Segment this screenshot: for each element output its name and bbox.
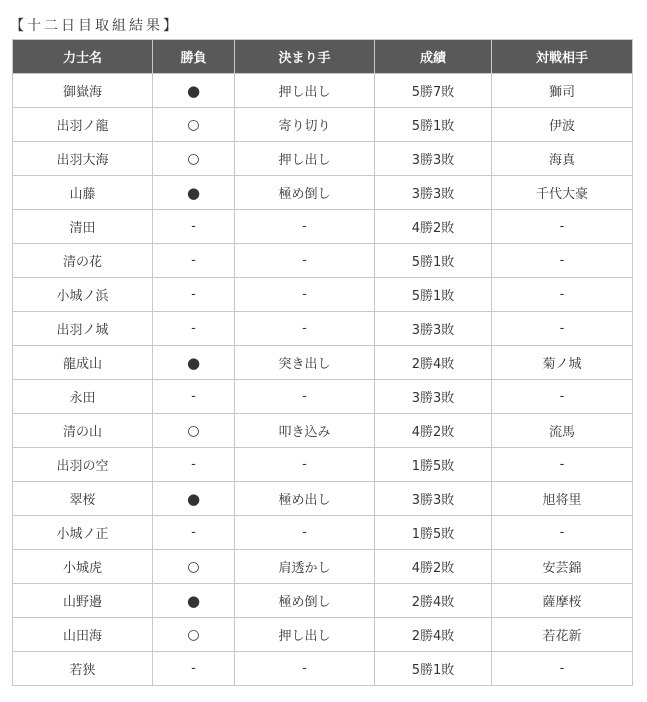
opponent-cell: 伊波 (492, 108, 633, 142)
table-row: 山野邉●極め倒し2勝4敗薩摩桜 (13, 584, 633, 618)
wrestler-name-cell: 清の花 (13, 244, 153, 278)
kimarite-cell: - (235, 380, 375, 414)
table-row: 清の山○叩き込み4勝2敗流馬 (13, 414, 633, 448)
record-cell: 2勝4敗 (375, 618, 492, 652)
wrestler-name-cell: 龍成山 (13, 346, 153, 380)
table-row: 小城虎○肩透かし4勝2敗安芸錦 (13, 550, 633, 584)
record-cell: 4勝2敗 (375, 550, 492, 584)
kimarite-cell: 叩き込み (235, 414, 375, 448)
kimarite-cell: 寄り切り (235, 108, 375, 142)
kimarite-cell: 押し出し (235, 618, 375, 652)
record-cell: 5勝1敗 (375, 652, 492, 686)
opponent-cell: 流馬 (492, 414, 633, 448)
wrestler-name-cell: 山田海 (13, 618, 153, 652)
opponent-cell: 薩摩桜 (492, 584, 633, 618)
result-cell: - (153, 652, 235, 686)
kimarite-cell: - (235, 652, 375, 686)
result-cell: - (153, 380, 235, 414)
record-cell: 4勝2敗 (375, 414, 492, 448)
win-mark-icon: ○ (153, 414, 235, 448)
loss-mark-icon: ● (153, 584, 235, 618)
record-cell: 3勝3敗 (375, 142, 492, 176)
record-cell: 2勝4敗 (375, 584, 492, 618)
win-mark-icon: ○ (153, 550, 235, 584)
opponent-cell: 千代大豪 (492, 176, 633, 210)
table-row: 山藤●極め倒し3勝3敗千代大豪 (13, 176, 633, 210)
record-cell: 1勝5敗 (375, 516, 492, 550)
table-row: 翠桜●極め出し3勝3敗旭将里 (13, 482, 633, 516)
wrestler-name-cell: 出羽ノ城 (13, 312, 153, 346)
result-cell: - (153, 516, 235, 550)
table-row: 御嶽海●押し出し5勝7敗獅司 (13, 74, 633, 108)
opponent-cell: - (492, 652, 633, 686)
wrestler-name-cell: 清田 (13, 210, 153, 244)
wrestler-name-cell: 永田 (13, 380, 153, 414)
record-cell: 3勝3敗 (375, 380, 492, 414)
kimarite-cell: 押し出し (235, 142, 375, 176)
opponent-cell: - (492, 278, 633, 312)
header-row: 力士名 勝負 決まり手 成績 対戦相手 (13, 40, 633, 74)
kimarite-cell: 極め出し (235, 482, 375, 516)
wrestler-name-cell: 山藤 (13, 176, 153, 210)
wrestler-name-cell: 小城ノ浜 (13, 278, 153, 312)
wrestler-name-cell: 小城虎 (13, 550, 153, 584)
win-mark-icon: ○ (153, 618, 235, 652)
record-cell: 5勝1敗 (375, 244, 492, 278)
column-header-name: 力士名 (13, 40, 153, 74)
results-table: 力士名 勝負 決まり手 成績 対戦相手 御嶽海●押し出し5勝7敗獅司出羽ノ龍○寄… (12, 39, 633, 686)
loss-mark-icon: ● (153, 482, 235, 516)
wrestler-name-cell: 小城ノ正 (13, 516, 153, 550)
column-header-kimarite: 決まり手 (235, 40, 375, 74)
result-cell: - (153, 244, 235, 278)
table-row: 小城ノ浜--5勝1敗- (13, 278, 633, 312)
opponent-cell: 安芸錦 (492, 550, 633, 584)
column-header-opponent: 対戦相手 (492, 40, 633, 74)
kimarite-cell: - (235, 244, 375, 278)
result-cell: - (153, 278, 235, 312)
table-row: 出羽の空--1勝5敗- (13, 448, 633, 482)
record-cell: 1勝5敗 (375, 448, 492, 482)
loss-mark-icon: ● (153, 74, 235, 108)
opponent-cell: - (492, 244, 633, 278)
record-cell: 4勝2敗 (375, 210, 492, 244)
kimarite-cell: - (235, 278, 375, 312)
table-row: 出羽大海○押し出し3勝3敗海真 (13, 142, 633, 176)
record-cell: 5勝1敗 (375, 108, 492, 142)
table-row: 出羽ノ龍○寄り切り5勝1敗伊波 (13, 108, 633, 142)
opponent-cell: 旭将里 (492, 482, 633, 516)
table-body: 御嶽海●押し出し5勝7敗獅司出羽ノ龍○寄り切り5勝1敗伊波出羽大海○押し出し3勝… (13, 74, 633, 686)
kimarite-cell: - (235, 210, 375, 244)
wrestler-name-cell: 出羽ノ龍 (13, 108, 153, 142)
table-row: 永田--3勝3敗- (13, 380, 633, 414)
opponent-cell: - (492, 312, 633, 346)
win-mark-icon: ○ (153, 108, 235, 142)
table-caption: 【十二日目取組結果】 (10, 16, 180, 36)
table-row: 清田--4勝2敗- (13, 210, 633, 244)
opponent-cell: 獅司 (492, 74, 633, 108)
column-header-result: 勝負 (153, 40, 235, 74)
opponent-cell: 菊ノ城 (492, 346, 633, 380)
kimarite-cell: 肩透かし (235, 550, 375, 584)
record-cell: 3勝3敗 (375, 482, 492, 516)
table-row: 小城ノ正--1勝5敗- (13, 516, 633, 550)
opponent-cell: - (492, 380, 633, 414)
record-cell: 5勝7敗 (375, 74, 492, 108)
kimarite-cell: 極め倒し (235, 176, 375, 210)
record-cell: 3勝3敗 (375, 312, 492, 346)
opponent-cell: 海真 (492, 142, 633, 176)
wrestler-name-cell: 若狭 (13, 652, 153, 686)
table-row: 龍成山●突き出し2勝4敗菊ノ城 (13, 346, 633, 380)
wrestler-name-cell: 出羽大海 (13, 142, 153, 176)
loss-mark-icon: ● (153, 346, 235, 380)
result-cell: - (153, 312, 235, 346)
win-mark-icon: ○ (153, 142, 235, 176)
opponent-cell: - (492, 210, 633, 244)
table-row: 若狭--5勝1敗- (13, 652, 633, 686)
result-cell: - (153, 448, 235, 482)
table-row: 出羽ノ城--3勝3敗- (13, 312, 633, 346)
record-cell: 5勝1敗 (375, 278, 492, 312)
kimarite-cell: 極め倒し (235, 584, 375, 618)
kimarite-cell: 突き出し (235, 346, 375, 380)
opponent-cell: - (492, 516, 633, 550)
result-cell: - (153, 210, 235, 244)
wrestler-name-cell: 出羽の空 (13, 448, 153, 482)
record-cell: 3勝3敗 (375, 176, 492, 210)
wrestler-name-cell: 御嶽海 (13, 74, 153, 108)
column-header-record: 成績 (375, 40, 492, 74)
loss-mark-icon: ● (153, 176, 235, 210)
kimarite-cell: - (235, 448, 375, 482)
table-row: 山田海○押し出し2勝4敗若花新 (13, 618, 633, 652)
opponent-cell: 若花新 (492, 618, 633, 652)
wrestler-name-cell: 清の山 (13, 414, 153, 448)
opponent-cell: - (492, 448, 633, 482)
wrestler-name-cell: 翠桜 (13, 482, 153, 516)
kimarite-cell: - (235, 312, 375, 346)
kimarite-cell: - (235, 516, 375, 550)
table-row: 清の花--5勝1敗- (13, 244, 633, 278)
kimarite-cell: 押し出し (235, 74, 375, 108)
record-cell: 2勝4敗 (375, 346, 492, 380)
wrestler-name-cell: 山野邉 (13, 584, 153, 618)
